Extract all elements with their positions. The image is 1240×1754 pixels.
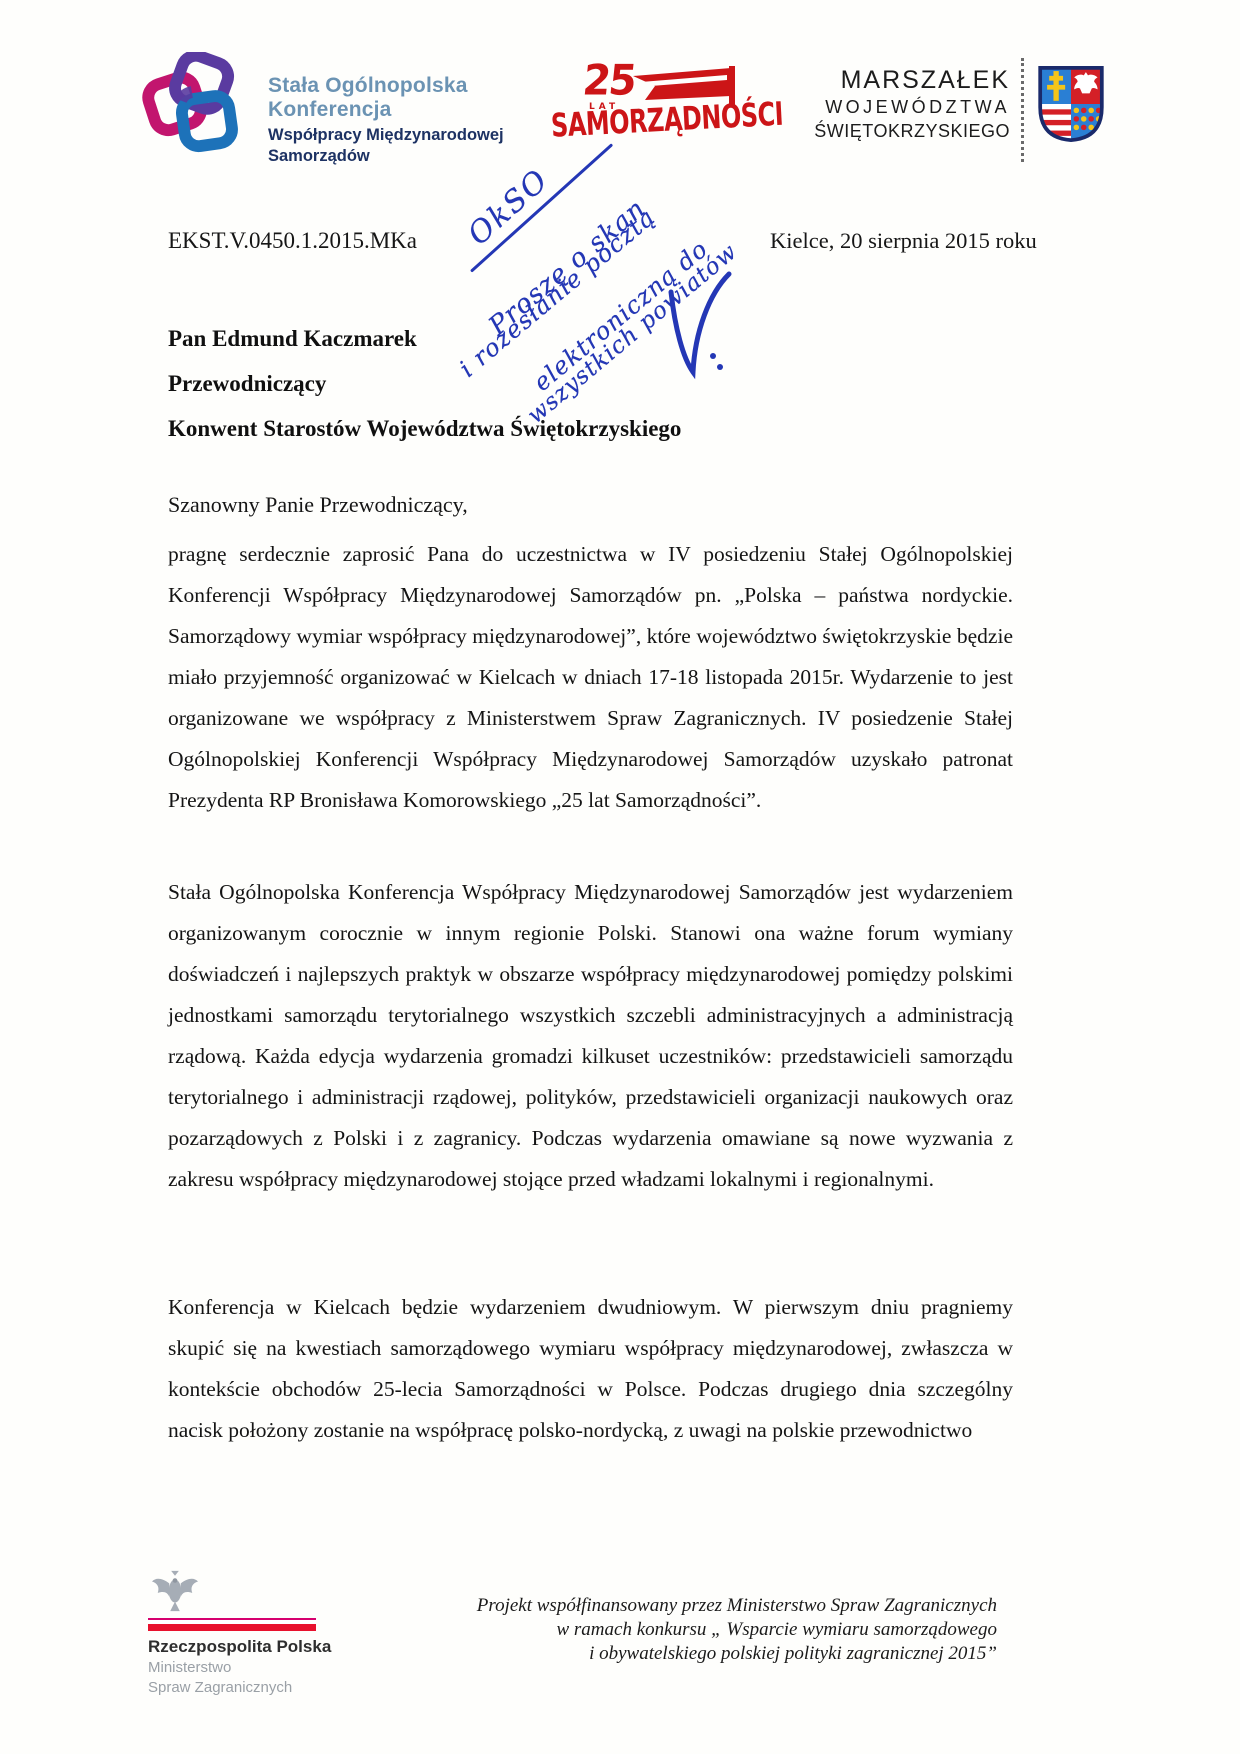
- conference-logo-title: Stała Ogólnopolska Konferencja: [268, 74, 540, 122]
- letterhead-divider: [1021, 58, 1024, 162]
- 25-lat-samorzadnosci-logo: 25 LAT SAMORZĄDNOŚCI: [553, 62, 768, 154]
- interlocked-rings-icon: [140, 52, 248, 160]
- cofinancing-line: w ramach konkursu „ Wsparcie wymiaru sam…: [437, 1618, 997, 1642]
- cofinancing-line: i obywatelskiego polskiej polityki zagra…: [437, 1642, 997, 1666]
- logo-25-number: 25: [580, 57, 637, 105]
- scanned-letter-page: Stała Ogólnopolska Konferencja Współprac…: [0, 0, 1240, 1754]
- salutation: Szanowny Panie Przewodniczący,: [168, 492, 468, 518]
- annotation-line: OkSO: [461, 162, 556, 252]
- marszalek-line3: ŚWIĘTOKRZYSKIEGO: [790, 119, 1010, 143]
- footer-ministry-line2: Spraw Zagranicznych: [148, 1679, 368, 1697]
- addressee-org: Konwent Starostów Województwa Świętokrzy…: [168, 406, 681, 451]
- cofinancing-note: Projekt współfinansowany przez Ministers…: [437, 1594, 997, 1666]
- body-paragraph-3: Konferencja w Kielcach będzie wydarzenie…: [168, 1287, 1013, 1451]
- footer-ministry-line1: Ministerstwo: [148, 1659, 368, 1677]
- addressee-name: Pan Edmund Kaczmarek: [168, 316, 681, 361]
- flag-bar: [148, 1618, 316, 1631]
- cofinancing-line: Projekt współfinansowany przez Ministers…: [437, 1594, 997, 1618]
- body-paragraph-1: pragnę serdecznie zaprosić Pana do uczes…: [168, 534, 1013, 821]
- body-paragraph-2: Stała Ogólnopolska Konferencja Współprac…: [168, 872, 1013, 1200]
- place-and-date: Kielce, 20 sierpnia 2015 roku: [770, 228, 1037, 254]
- swietokrzyskie-coat-of-arms: [1037, 64, 1105, 144]
- conference-logo-subtitle2: Samorządów: [268, 146, 540, 167]
- polish-eagle-icon: [152, 1570, 198, 1614]
- conference-logo-subtitle1: Współpracy Międzynarodowej: [268, 125, 540, 146]
- ministry-logo-block: Rzeczpospolita Polska Ministerstwo Spraw…: [148, 1570, 368, 1697]
- addressee-block: Pan Edmund Kaczmarek Przewodniczący Konw…: [168, 316, 681, 451]
- marszalek-line1: MARSZAŁEK: [790, 66, 1010, 95]
- addressee-title: Przewodniczący: [168, 361, 681, 406]
- conference-logo: Stała Ogólnopolska Konferencja Współprac…: [140, 52, 540, 167]
- marszalek-line2: WOJEWÓDZTWA: [790, 95, 1010, 119]
- footer-country: Rzeczpospolita Polska: [148, 1637, 368, 1657]
- marszalek-letterhead: MARSZAŁEK WOJEWÓDZTWA ŚWIĘTOKRZYSKIEGO: [790, 66, 1010, 143]
- reference-number: EKST.V.0450.1.2015.MKa: [168, 228, 417, 254]
